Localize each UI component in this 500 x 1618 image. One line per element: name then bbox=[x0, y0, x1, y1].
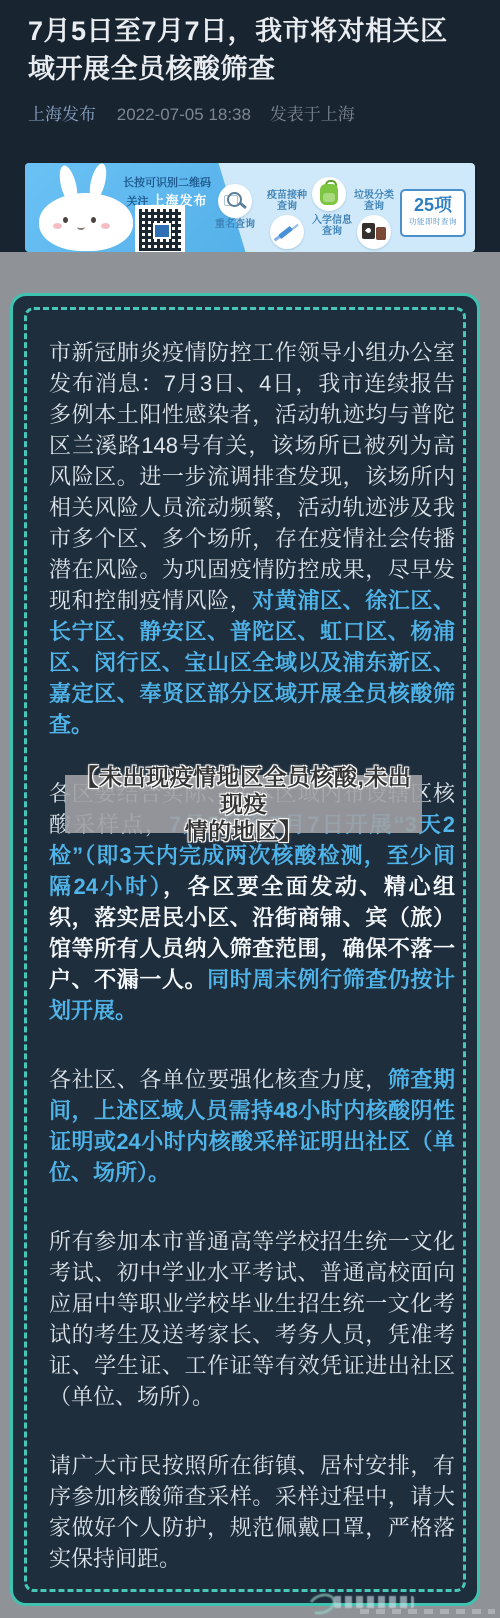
rabbit-blush-icon bbox=[53, 223, 62, 229]
title-line-1: 7月5日至7月7日，我市将对相关区 bbox=[28, 12, 476, 50]
backpack-pocket-icon bbox=[323, 193, 335, 202]
source-link[interactable]: 上海发布 bbox=[28, 105, 96, 124]
service-label-vaccine-query[interactable]: 疫苗接种查询 bbox=[263, 190, 311, 212]
service-label-school-query[interactable]: 入学信息查询 bbox=[308, 215, 356, 237]
syringe-plunger-icon bbox=[274, 235, 281, 241]
body-text: 市新冠肺炎疫情防控工作领导小组办公室发布消息：7月3日、4日，我市连续报告多例本… bbox=[49, 340, 455, 613]
watermark-text bbox=[334, 1596, 414, 1608]
magnifier-handle-icon bbox=[239, 202, 247, 209]
caption-overlay: 【未出现疫情地区全员核酸,未出现疫 情的地区】 bbox=[65, 775, 422, 833]
article-page: 7月5日至7月7日，我市将对相关区 域开展全员核酸筛查 上海发布 2022-07… bbox=[0, 0, 500, 1618]
byline: 上海发布 2022-07-05 18:38 发表于上海 bbox=[28, 104, 468, 126]
promo-banner[interactable]: 长按可识别二维码 关注 上海发布 重名查询 疫苗接种查询 bbox=[25, 163, 475, 252]
badge-count: 25项 bbox=[402, 193, 464, 217]
body-text: 各社区、各单位要强化核查力度， bbox=[49, 1067, 388, 1092]
brown-bin-icon bbox=[376, 227, 386, 240]
follow-account-name: 上海发布 bbox=[152, 193, 208, 208]
name-query-icon[interactable] bbox=[218, 184, 252, 218]
publish-timestamp: 2022-07-05 18:38 bbox=[117, 105, 251, 124]
announcement-card: 市新冠肺炎疫情防控工作领导小组办公室发布消息：7月3日、4日，我市连续报告多例本… bbox=[10, 293, 480, 1606]
caption-line-2: 情的地区】 bbox=[185, 818, 303, 845]
qr-code-icon[interactable] bbox=[137, 207, 183, 252]
title-line-2: 域开展全员核酸筛查 bbox=[28, 50, 476, 88]
rabbit-eye-icon bbox=[63, 217, 68, 223]
service-label-name-query[interactable]: 重名查询 bbox=[211, 219, 259, 230]
paragraph-3: 各社区、各单位要强化核查力度，筛查期间，上述区域人员需持48小时内核酸阴性证明或… bbox=[49, 1064, 455, 1188]
rabbit-mouth-icon bbox=[77, 224, 85, 230]
watermark-dashes bbox=[360, 1609, 495, 1614]
badge-caption: 功能即时查询 bbox=[402, 217, 464, 226]
syringe-icon[interactable] bbox=[270, 215, 304, 249]
publish-location: 发表于上海 bbox=[270, 105, 355, 124]
body-text: 请广大市民按照所在街镇、居村安排，有序参加核酸筛查采样。采样过程中，请大家做好个… bbox=[49, 1453, 455, 1571]
scan-hint-text: 长按可识别二维码 bbox=[109, 174, 225, 190]
article-body: 市新冠肺炎疫情防控工作领导小组办公室发布消息：7月3日、4日，我市连续报告多例本… bbox=[49, 337, 455, 1574]
body-text: 所有参加本市普通高等学校招生统一文化考试、初中学业水平考试、普通高校面向应届中等… bbox=[49, 1229, 455, 1409]
paragraph-5: 请广大市民按照所在街镇、居村安排，有序参加核酸筛查采样。采样过程中，请大家做好个… bbox=[49, 1450, 455, 1574]
article-header: 7月5日至7月7日，我市将对相关区 域开展全员核酸筛查 上海发布 2022-07… bbox=[0, 0, 500, 252]
backpack-icon[interactable] bbox=[312, 177, 346, 211]
caption-line-1: 【未出现疫情地区全员核酸,未出现疫 bbox=[65, 764, 422, 818]
qr-center-logo bbox=[153, 223, 171, 239]
service-label-garbage-query[interactable]: 垃圾分类查询 bbox=[350, 190, 398, 212]
paragraph-4: 所有参加本市普通高等学校招生统一文化考试、初中学业水平考试、普通高校面向应届中等… bbox=[49, 1226, 455, 1412]
trash-bins-icon[interactable] bbox=[357, 215, 391, 249]
paragraph-1: 市新冠肺炎疫情防控工作领导小组办公室发布消息：7月3日、4日，我市连续报告多例本… bbox=[49, 337, 455, 740]
rabbit-blush-icon bbox=[101, 223, 110, 229]
function-count-badge[interactable]: 25项 功能即时查询 bbox=[400, 189, 466, 237]
rabbit-eye-icon bbox=[91, 217, 96, 223]
black-bin-icon bbox=[362, 223, 375, 239]
page-title: 7月5日至7月7日，我市将对相关区 域开展全员核酸筛查 bbox=[28, 12, 476, 88]
